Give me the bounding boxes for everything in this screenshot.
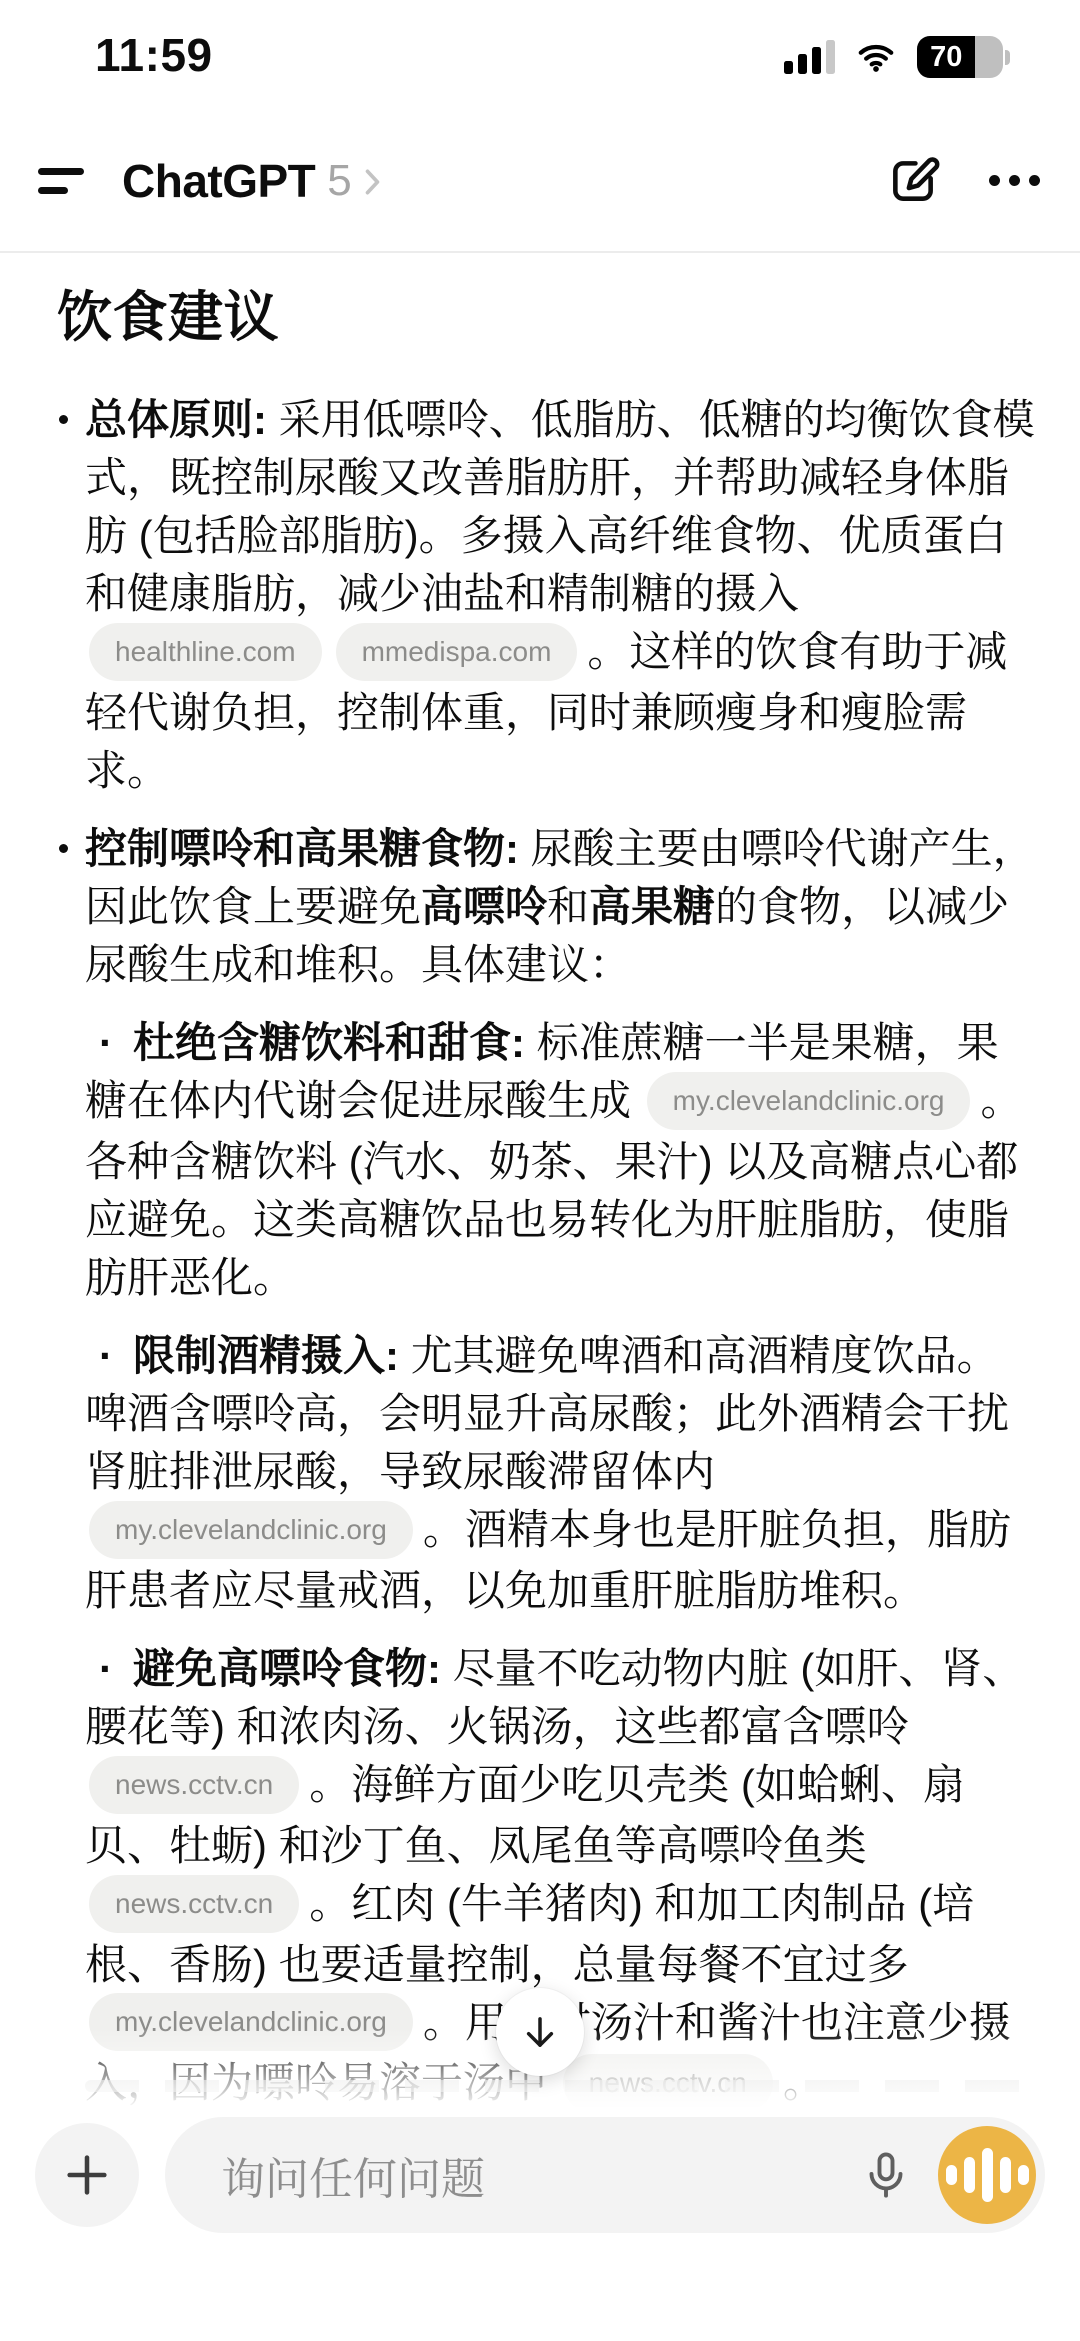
dictation-button[interactable] bbox=[856, 2145, 916, 2205]
plus-icon bbox=[61, 2149, 113, 2201]
bold-text: 避免高嘌呤食物: bbox=[133, 1645, 441, 1692]
model-selector[interactable]: ChatGPT 5 bbox=[122, 154, 381, 208]
input-placeholder: 询问任何问题 bbox=[221, 2143, 856, 2207]
wifi-icon bbox=[851, 38, 901, 76]
arrow-down-icon bbox=[519, 2011, 561, 2053]
chevron-right-icon bbox=[364, 167, 381, 197]
citation-pill[interactable]: news.cctv.cn bbox=[89, 1756, 299, 1814]
bold-text: 高果糖 bbox=[589, 883, 715, 930]
citation-pill[interactable]: my.clevelandclinic.org bbox=[647, 1072, 971, 1130]
composer-bar: 询问任何问题 bbox=[0, 2117, 1080, 2233]
bullet-dot bbox=[59, 844, 68, 853]
status-time: 11:59 bbox=[95, 28, 213, 82]
bold-text: 控制嘌呤和高果糖食物: bbox=[85, 825, 519, 872]
waveform-icon bbox=[946, 2165, 957, 2185]
message-input[interactable]: 询问任何问题 bbox=[165, 2117, 1045, 2233]
bullet-item: 控制嘌呤和高果糖食物: 尿酸主要由嘌呤代谢产生，因此饮食上要避免高嘌呤和高果糖的… bbox=[85, 820, 1036, 994]
microphone-icon bbox=[860, 2149, 912, 2201]
citation-pill[interactable]: my.clevelandclinic.org bbox=[89, 1501, 413, 1559]
status-bar: 11:59 70 bbox=[0, 0, 1080, 110]
bullet-item: 总体原则: 采用低嘌呤、低脂肪、低糖的均衡饮食模式，既控制尿酸又改善脂肪肝，并帮… bbox=[85, 391, 1036, 800]
text-run: 和 bbox=[547, 883, 589, 930]
voice-mode-button[interactable] bbox=[938, 2126, 1036, 2224]
bold-text: 总体原则: bbox=[85, 396, 267, 443]
bold-text: 限制酒精摄入: bbox=[133, 1332, 399, 1379]
sub-bullet-dot: · bbox=[85, 1640, 133, 1698]
bullet-dot bbox=[59, 415, 68, 424]
sub-bullet-item: ·限制酒精摄入: 尤其避免啤酒和高酒精度饮品。啤酒含嘌呤高，会明显升高尿酸；此外… bbox=[85, 1327, 1036, 1620]
citation-pill[interactable]: mmedispa.com bbox=[336, 623, 578, 681]
bold-text: 高嘌呤 bbox=[421, 883, 547, 930]
sub-bullet-item: ·杜绝含糖饮料和甜食: 标准蔗糖一半是果糖，果糖在体内代谢会促进尿酸生成 my.… bbox=[85, 1014, 1036, 1307]
model-version: 5 bbox=[327, 156, 351, 206]
bold-text: 杜绝含糖饮料和甜食: bbox=[133, 1019, 525, 1066]
message-heading: 饮食建议 bbox=[57, 285, 1036, 349]
sub-bullet-dot: · bbox=[85, 1014, 133, 1072]
sidebar-menu-icon[interactable] bbox=[38, 166, 86, 196]
app-title: ChatGPT bbox=[122, 154, 315, 208]
scroll-to-bottom-button[interactable] bbox=[496, 1988, 584, 2076]
more-options-button[interactable] bbox=[986, 152, 1042, 210]
new-chat-button[interactable] bbox=[884, 152, 942, 210]
citation-pill[interactable]: news.cctv.cn bbox=[89, 1875, 299, 1933]
header: ChatGPT 5 bbox=[0, 110, 1080, 253]
battery-icon: 70 bbox=[917, 36, 1010, 78]
battery-percent: 70 bbox=[930, 41, 962, 74]
compose-icon bbox=[884, 152, 942, 210]
cellular-signal-icon bbox=[784, 40, 835, 74]
citation-pill[interactable]: healthline.com bbox=[89, 623, 322, 681]
attach-button[interactable] bbox=[35, 2123, 139, 2227]
sub-bullet-dot: · bbox=[85, 1327, 133, 1385]
